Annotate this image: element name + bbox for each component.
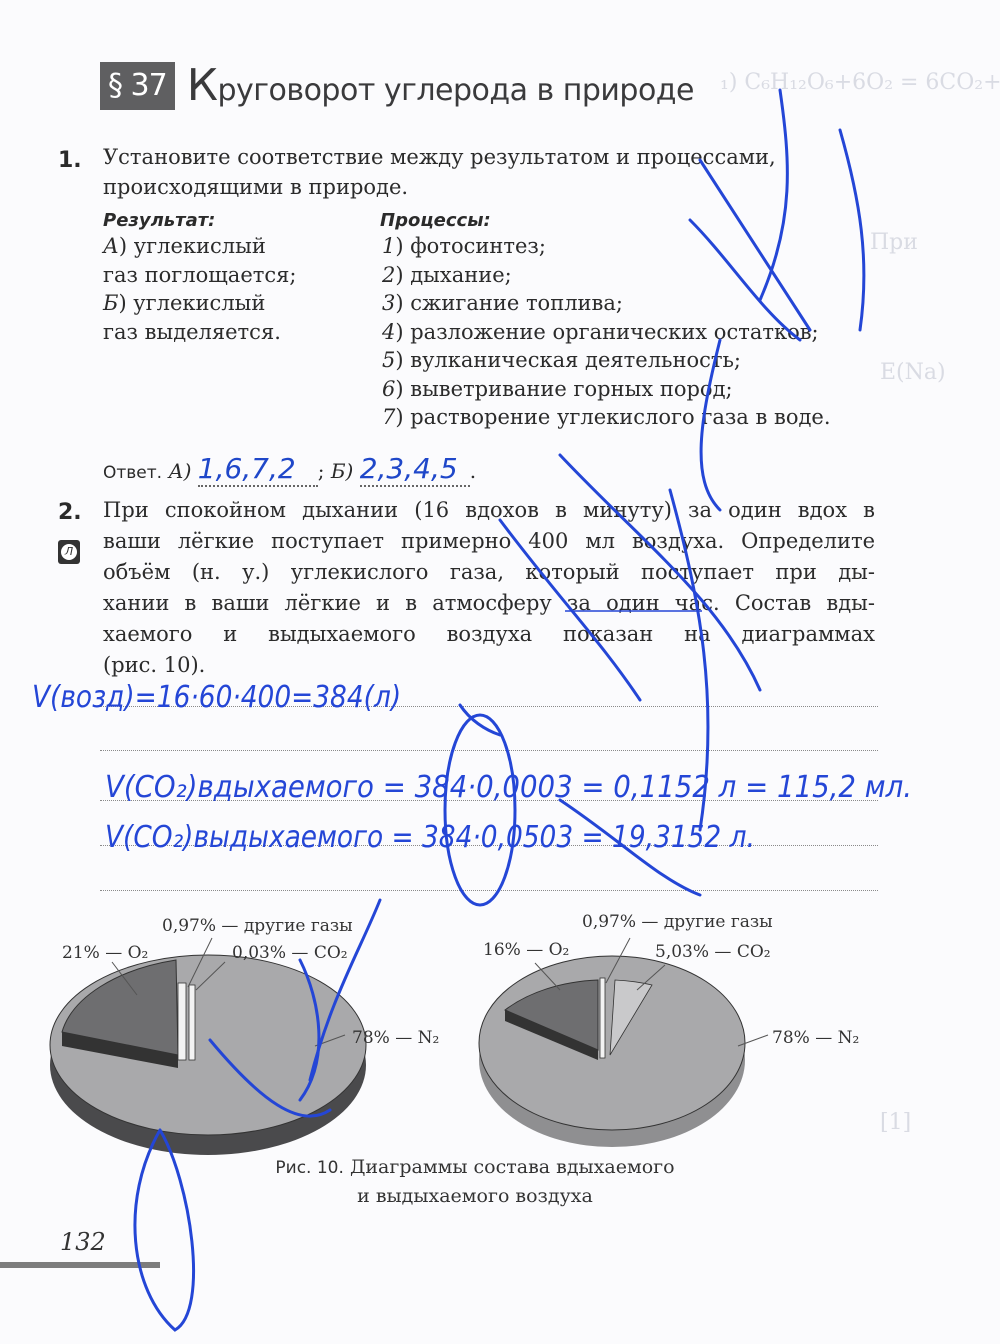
- handwritten-air-volume: V(возд)=16·60·400=384(л): [32, 680, 401, 715]
- results-list: А) углекислый газ поглощается; Б) углеки…: [103, 232, 296, 346]
- process-item: 1) фотосинтез;: [382, 232, 831, 261]
- pie-label-co2-inhaled: 0,03% — CO₂: [232, 943, 348, 963]
- result-a: А) углекислый: [103, 232, 296, 261]
- handwritten-co2-exhaled: V(CO₂)выдыхаемого = 384·0,0503 = 19,3152…: [105, 820, 755, 855]
- handwritten-co2-inhaled: V(CO₂)вдыхаемого = 384·0,0003 = 0,1152 л…: [105, 770, 912, 805]
- answer-b-field[interactable]: 2,3,4,5: [360, 452, 470, 487]
- process-item: 6) выветривание горных пород;: [382, 375, 831, 404]
- result-b: Б) углекислый: [103, 289, 296, 318]
- bleed-through-text: При: [870, 230, 918, 255]
- results-heading: Результат:: [103, 210, 215, 231]
- answer-line[interactable]: [100, 750, 878, 751]
- pie-label-o2-exhaled: 16% — O₂: [483, 940, 569, 960]
- processes-heading: Процессы:: [380, 210, 491, 231]
- task-1-answer: Ответ. А) 1,6,7,2; Б) 2,3,4,5.: [103, 452, 476, 487]
- answer-a-field[interactable]: 1,6,7,2: [198, 452, 318, 487]
- pie-exhaled: [479, 956, 745, 1147]
- section-header: § 37 Круговорот углерода в природе: [100, 60, 694, 111]
- lab-badge-icon: Л: [58, 540, 80, 564]
- page-title: Круговорот углерода в природе: [187, 60, 694, 111]
- processes-list: 1) фотосинтез; 2) дыхание; 3) сжигание т…: [382, 232, 831, 432]
- page-footer-bar: [0, 1262, 160, 1268]
- answer-line[interactable]: [100, 890, 878, 891]
- task-2-prompt: При спокойном дыхании (16 вдохов в минут…: [103, 495, 875, 681]
- process-item: 2) дыхание;: [382, 261, 831, 290]
- process-item: 5) вулканическая деятельность;: [382, 346, 831, 375]
- process-item: 7) растворение углекислого газа в воде.: [382, 403, 831, 432]
- pie-label-n2-exhaled: 78% — N₂: [772, 1028, 859, 1048]
- task-2-number: 2.: [58, 500, 82, 525]
- bleed-through-text: E(Na): [880, 360, 946, 385]
- bleed-through-text: [1]: [880, 1110, 911, 1135]
- figure-caption: Рис. 10. Диаграммы состава вдыхаемого и …: [0, 1153, 950, 1210]
- pie-label-other-inhaled: 0,97% — другие газы: [162, 916, 353, 936]
- page-number: 132: [60, 1228, 106, 1256]
- pie-label-other-exhaled: 0,97% — другие газы: [582, 912, 773, 932]
- pie-inhaled: [50, 955, 366, 1155]
- task-1-prompt: Установите соответствие между результато…: [103, 142, 863, 202]
- task-1-number: 1.: [58, 148, 82, 173]
- section-number-badge: § 37: [100, 62, 175, 110]
- pie-label-co2-exhaled: 5,03% — CO₂: [655, 942, 771, 962]
- bleed-through-text: ₁) C₆H₁₂O₆+6O₂ = 6CO₂+6H₂O: [720, 70, 1000, 95]
- pie-label-n2-inhaled: 78% — N₂: [352, 1028, 439, 1048]
- process-item: 3) сжигание топлива;: [382, 289, 831, 318]
- process-item: 4) разложение органических остатков;: [382, 318, 831, 347]
- pie-label-o2-inhaled: 21% — O₂: [62, 943, 148, 963]
